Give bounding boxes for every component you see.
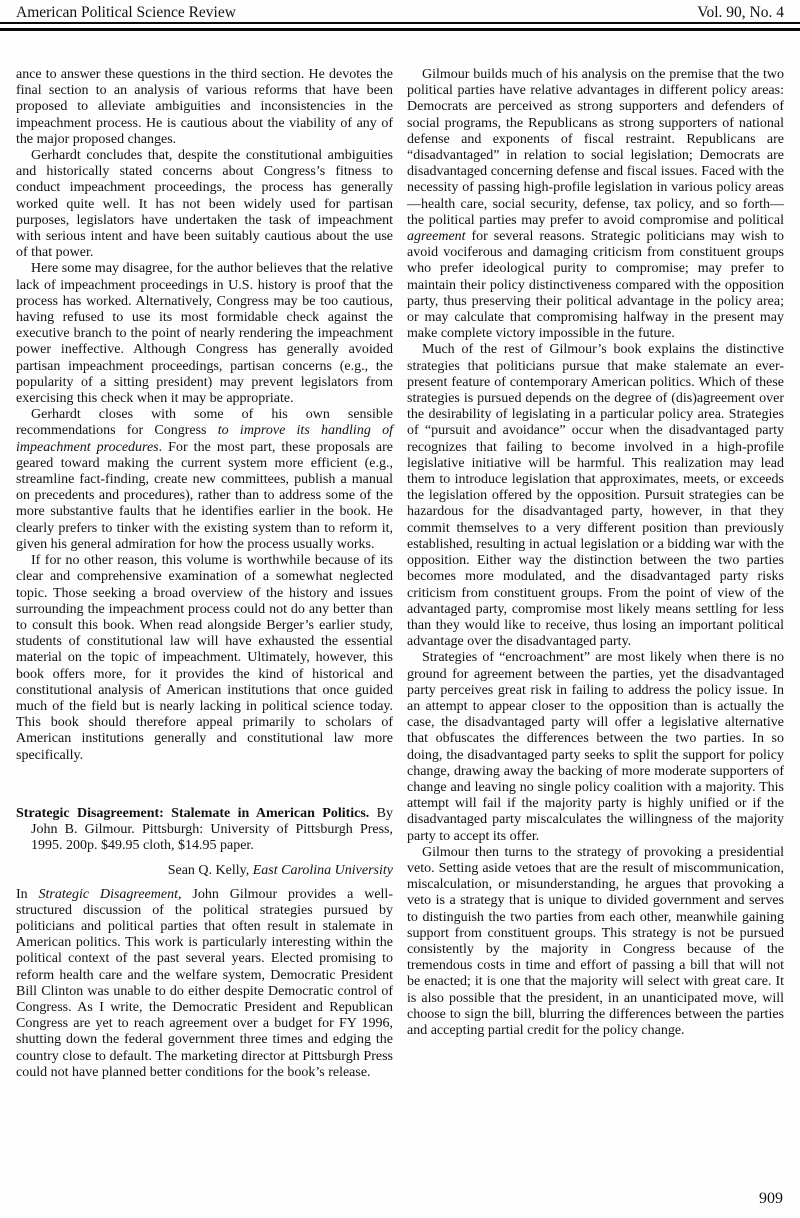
paragraph: Gilmour builds much of his analysis on t…	[407, 67, 784, 342]
book-heading: Strategic Disagreement: Stalemate in Ame…	[16, 806, 393, 855]
paragraph: Strategies of “encroachment” are most li…	[407, 650, 784, 844]
page-number: 909	[759, 1190, 783, 1208]
reviewer: Sean Q. Kelly, East Carolina University	[16, 863, 393, 879]
left-column: ance to answer these questions in the th…	[16, 67, 393, 1081]
paragraph: Much of the rest of Gilmour’s book expla…	[407, 342, 784, 650]
two-column-body: ance to answer these questions in the th…	[0, 67, 800, 1081]
journal-title: American Political Science Review	[16, 4, 236, 21]
paragraph: If for no other reason, this volume is w…	[16, 553, 393, 764]
journal-page: American Political Science Review Vol. 9…	[0, 0, 800, 1081]
page-header: American Political Science Review Vol. 9…	[0, 0, 800, 21]
paragraph: Gerhardt concludes that, despite the con…	[16, 148, 393, 261]
paragraph: ance to answer these questions in the th…	[16, 67, 393, 148]
paragraph: Here some may disagree, for the author b…	[16, 261, 393, 407]
right-column: Gilmour builds much of his analysis on t…	[407, 67, 784, 1081]
header-rule-thick	[0, 28, 800, 31]
paragraph: Gilmour then turns to the strategy of pr…	[407, 845, 784, 1039]
issue-label: Vol. 90, No. 4	[697, 4, 784, 21]
paragraph: Gerhardt closes with some of his own sen…	[16, 407, 393, 553]
paragraph: In Strategic Disagreement, John Gilmour …	[16, 887, 393, 1081]
header-rule-thin	[0, 22, 800, 24]
